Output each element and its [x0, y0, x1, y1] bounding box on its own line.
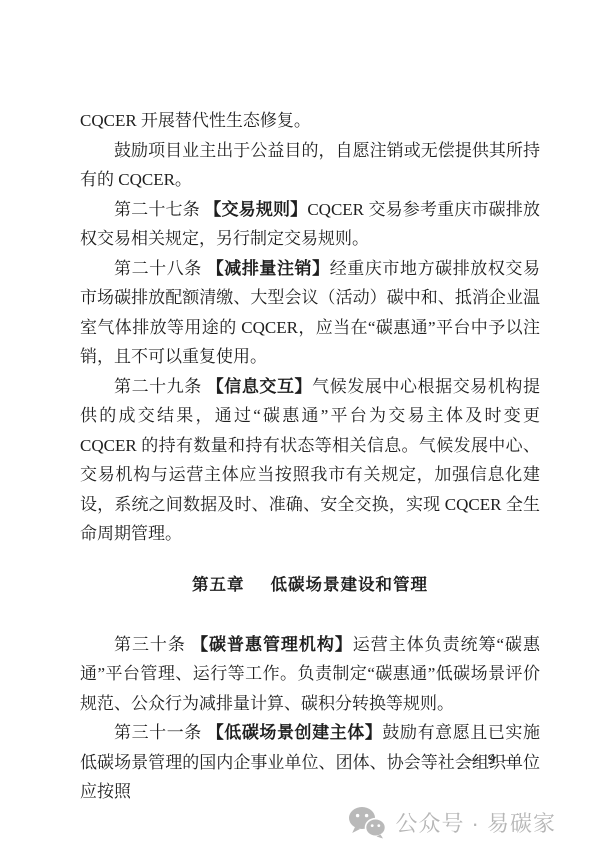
body-text: 鼓励项目业主出于公益目的，自愿注销或无偿提供其所持有的 CQCER。	[80, 141, 540, 190]
chapter-number: 第五章	[192, 570, 245, 600]
article-title: 【交易规则】	[204, 200, 307, 219]
body-text: 第二十九条	[114, 377, 207, 396]
chapter-heading: 第五章低碳场景建设和管理	[80, 570, 540, 600]
chapter-title: 低碳场景建设和管理	[271, 570, 429, 600]
article-title: 【减排量注销】	[207, 259, 330, 278]
document-page: CQCER 开展替代性生态修复。鼓励项目业主出于公益目的，自愿注销或无偿提供其所…	[0, 0, 600, 848]
page-number: — 9 —	[465, 752, 520, 769]
body-text: CQCER 开展替代性生态修复。	[80, 111, 311, 130]
wechat-icon	[348, 806, 386, 839]
body-text: 气候发展中心根据交易机构提供的成交结果，通过“碳惠通”平台为交易主体及时变更 C…	[80, 377, 540, 544]
paragraph: 第二十七条 【交易规则】CQCER 交易参考重庆市碳排放权交易相关规定，另行制定…	[80, 195, 540, 254]
watermark-text: 公众号 · 易碳家	[395, 807, 556, 838]
paragraph: 第二十八条 【减排量注销】经重庆市地方碳排放权交易市场碳排放配额清缴、大型会议（…	[80, 254, 540, 372]
paragraph: 第三十条 【碳普惠管理机构】运营主体负责统筹“碳惠通”平台管理、运行等工作。负责…	[80, 630, 540, 719]
body-text: 第二十八条	[114, 259, 207, 278]
body-text: 第三十条	[114, 635, 191, 654]
article-title: 【碳普惠管理机构】	[191, 635, 353, 654]
article-title: 【信息交互】	[207, 377, 312, 396]
body-text: 第二十七条	[114, 200, 204, 219]
watermark: 公众号 · 易碳家	[348, 806, 556, 839]
paragraph: 鼓励项目业主出于公益目的，自愿注销或无偿提供其所持有的 CQCER。	[80, 136, 540, 195]
paragraph: 第二十九条 【信息交互】气候发展中心根据交易机构提供的成交结果，通过“碳惠通”平…	[80, 372, 540, 549]
document-body: CQCER 开展替代性生态修复。鼓励项目业主出于公益目的，自愿注销或无偿提供其所…	[80, 106, 540, 807]
article-title: 【低碳场景创建主体】	[207, 723, 383, 742]
paragraph: CQCER 开展替代性生态修复。	[80, 106, 540, 136]
body-text: 第三十一条	[114, 723, 207, 742]
